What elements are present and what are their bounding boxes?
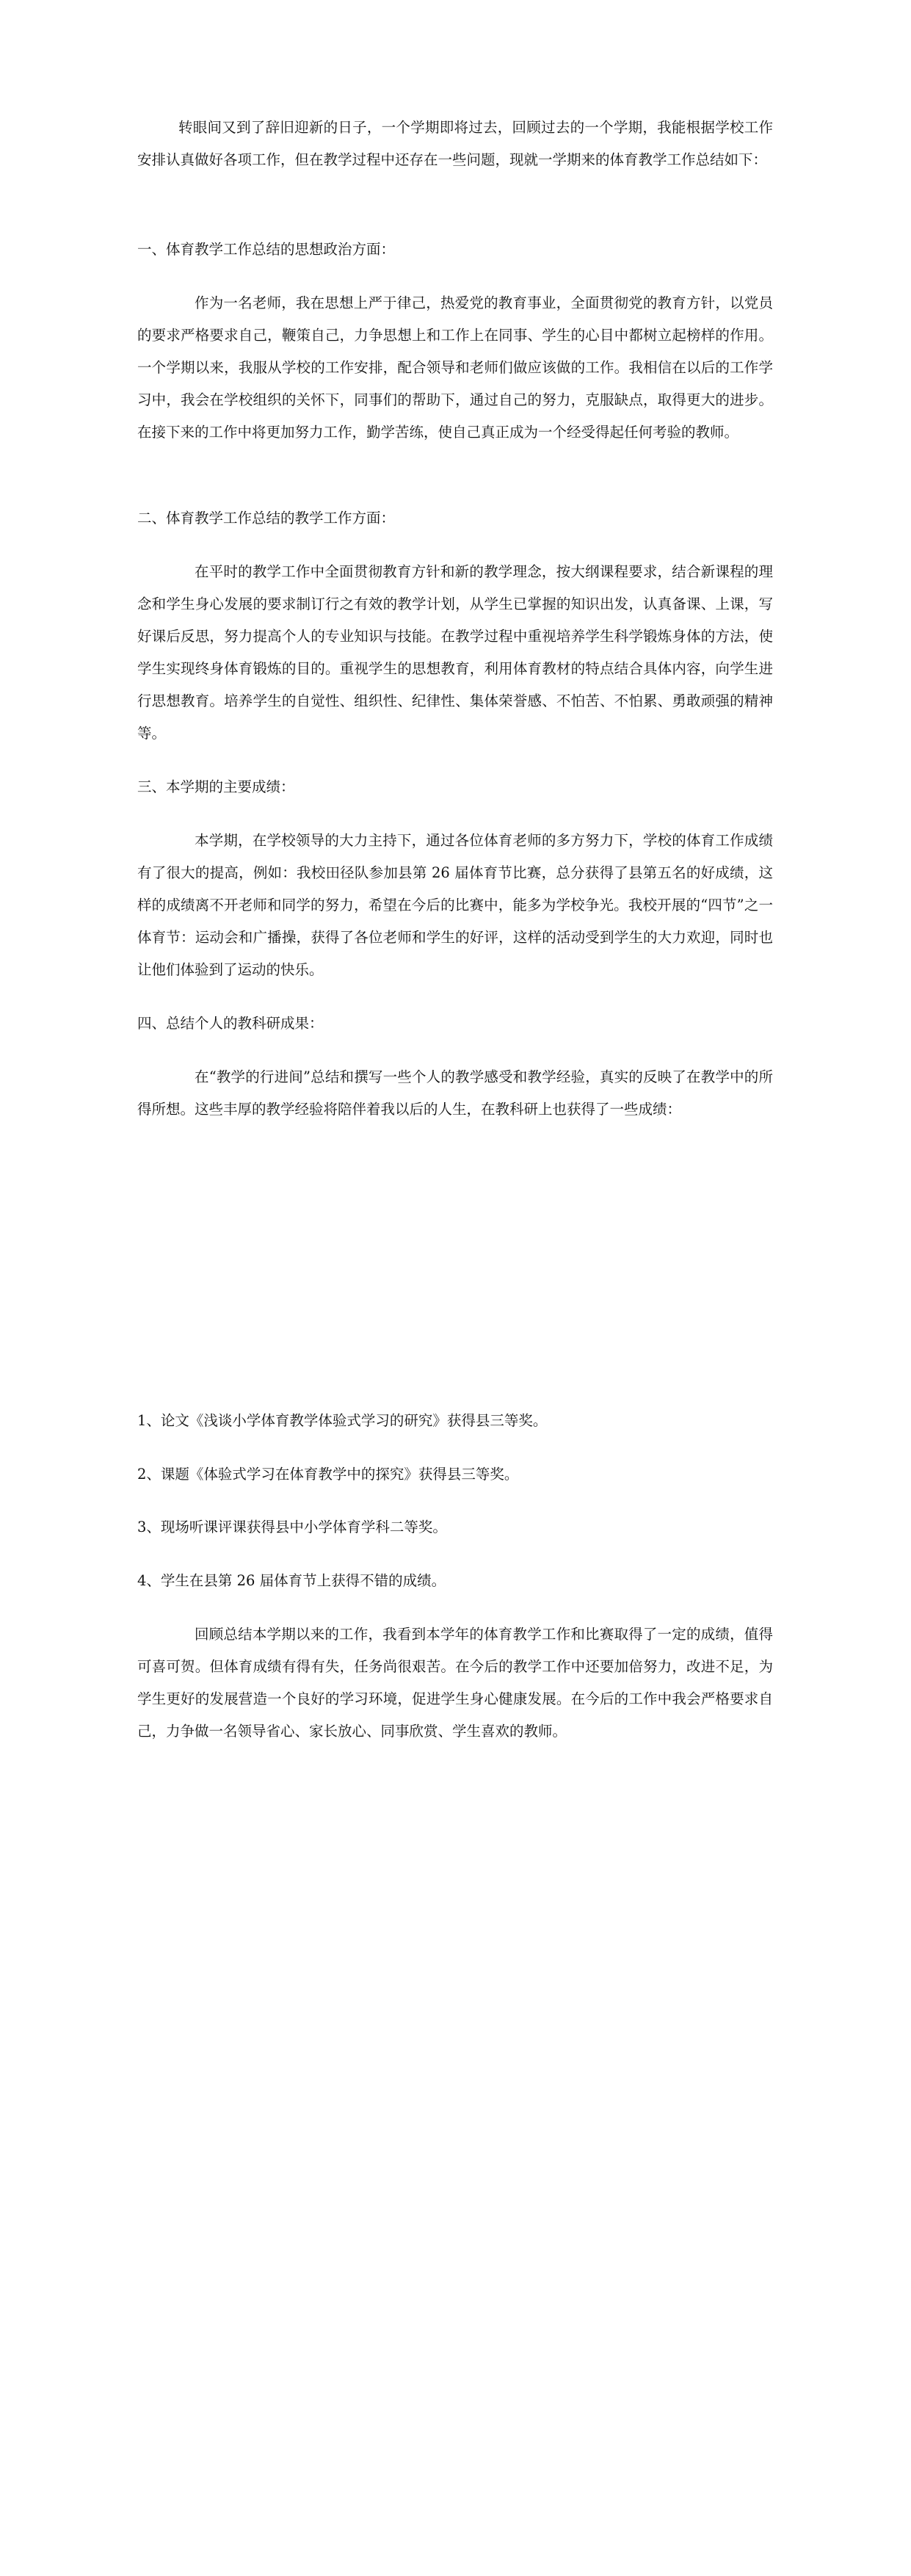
section-heading-political: 一、体育教学工作总结的思想政治方面： [137, 234, 395, 266]
achievement-item-3: 3、现场听课评课获得县中小学体育学科二等奖。 [137, 1511, 447, 1544]
section-body-political: 作为一名老师，我在思想上严于律己，热爱党的教育事业，全面贯彻党的教育方针，以党员… [137, 287, 773, 449]
conclusion-paragraph: 回顾总结本学期以来的工作，我看到本学年的体育教学工作和比赛取得了一定的成绩，值得… [137, 1618, 773, 1748]
achievement-item-1: 1、论文《浅谈小学体育教学体验式学习的研究》获得县三等奖。 [137, 1405, 547, 1437]
section-body-achievements: 本学期，在学校领导的大力主持下，通过各位体育老师的多方努力下，学校的体育工作成绩… [137, 825, 773, 986]
section-heading-achievements: 三、本学期的主要成绩： [137, 771, 295, 803]
section-body-teaching: 在平时的教学工作中全面贯彻教育方针和新的教学理念，按大纲课程要求，结合新课程的理… [137, 556, 773, 750]
section-heading-teaching: 二、体育教学工作总结的教学工作方面： [137, 502, 395, 535]
section-body-research: 在“教学的行进间”总结和撰写一些个人的教学感受和教学经验，真实的反映了在教学中的… [137, 1061, 773, 1126]
achievement-item-4: 4、学生在县第 26 届体育节上获得不错的成绩。 [137, 1565, 446, 1597]
intro-paragraph: 转眼间又到了辞旧迎新的日子，一个学期即将过去，回顾过去的一个学期，我能根据学校工… [137, 112, 773, 176]
achievement-item-2: 2、课题《体验式学习在体育教学中的探究》获得县三等奖。 [137, 1458, 518, 1491]
section-heading-research: 四、总结个人的教科研成果： [137, 1007, 324, 1040]
